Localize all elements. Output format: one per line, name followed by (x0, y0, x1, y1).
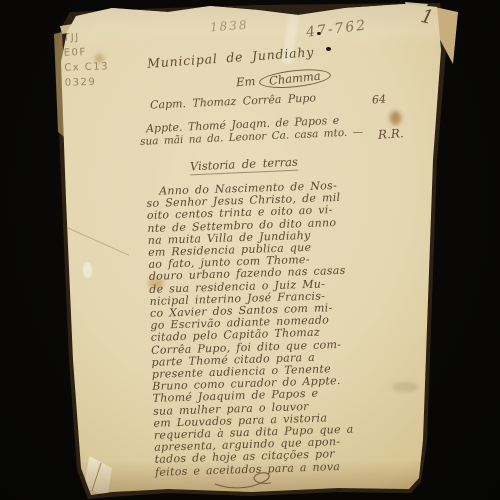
ink-dot (326, 47, 331, 51)
fold-line (63, 225, 129, 255)
stamp-line: E0F (63, 44, 108, 61)
archive-reference-stamp: TJJ E0F Cx C13 0329 (63, 29, 110, 91)
body-text: Anno do Nascimento de Nos- so Senhor Jes… (146, 180, 355, 479)
party-line-value: R.R. (378, 126, 405, 142)
header-jurisdiction: Municipal de Jundiahy (147, 44, 315, 71)
stamp-line: TJJ (63, 29, 108, 46)
header-term: Em Chamma (236, 68, 332, 92)
margin-pencil-smudge (392, 382, 418, 392)
year-annotation: 1838 (210, 18, 249, 35)
file-number-annotation: 47-762 (305, 17, 368, 40)
scanned-document-photo: TJJ E0F Cx C13 0329 1838 47-762 1 Munici… (0, 0, 500, 500)
header-term-circled: Chamma (258, 66, 331, 90)
stamp-line: 0329 (65, 74, 110, 91)
pen-flourish (213, 468, 285, 492)
page-number: 1 (419, 5, 436, 29)
stamp-line: Cx C13 (64, 59, 109, 76)
party-line-value: 64 (372, 93, 387, 107)
section-title: Vistoria de terras (190, 155, 299, 176)
edge-stain (430, 330, 440, 420)
header-term-prefix: Em (236, 74, 256, 89)
party-line: Capm. Thomaz Corrêa Pupo (150, 91, 316, 111)
rust-stain (390, 111, 401, 125)
paper-chip-speck (83, 262, 92, 278)
